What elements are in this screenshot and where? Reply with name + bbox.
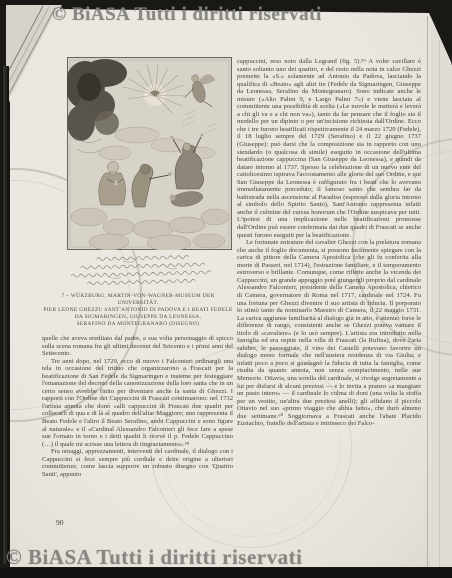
book-page: 7 – Würzburg, Martin-von-Wagner-Museum d…	[0, 0, 452, 578]
paragraph: quelle che aveva ereditato dal padre, a …	[42, 335, 233, 358]
scan-border-bottom	[0, 568, 452, 578]
figure-caption: 7 – Würzburg, Martin-von-Wagner-Museum d…	[42, 293, 234, 328]
paragraph: Tre anni dopo, nel 1729, ecco di nuovo i…	[42, 358, 233, 449]
adjacent-page-margin	[431, 14, 452, 567]
page-edge-line	[427, 16, 428, 567]
watermark-top: © BiASA Tutti i diritti riservati	[52, 4, 322, 26]
page-number: 90	[56, 518, 64, 527]
left-column: quelle che aveva ereditato dal padre, a …	[42, 335, 233, 519]
paragraph: Le fortunate entrature del cavalier Ghez…	[237, 239, 421, 428]
drawing-art	[67, 57, 232, 250]
right-column: cappuccini, reso noto dalla Legrand (fig…	[237, 58, 421, 516]
caption-line: Pier Leone Ghezzi: Sant'Antonio di Padov…	[42, 307, 234, 314]
figure-drawing	[67, 57, 232, 250]
paragraph: Fra omaggi, apprezzamenti, interventi de…	[42, 448, 233, 478]
scanned-book-spread: { "watermark": { "text": "© BiASA Tutti …	[0, 0, 452, 578]
caption-line: Serafino da Montegranaro (disegno)	[42, 321, 234, 328]
caption-line: 7 – Würzburg, Martin-von-Wagner-Museum d…	[42, 293, 234, 307]
book-fore-edge	[2, 66, 9, 564]
caption-line: da Sigmaringen, Giuseppe da Leonessa,	[42, 314, 234, 321]
handwritten-inscription	[57, 251, 233, 291]
inscription-script	[57, 251, 233, 291]
page-edge-line-2	[439, 40, 440, 567]
paragraph: cappuccini, reso noto dalla Legrand (fig…	[237, 58, 421, 239]
watermark-bottom: © BiASA Tutti i diritti riservati	[6, 545, 302, 570]
